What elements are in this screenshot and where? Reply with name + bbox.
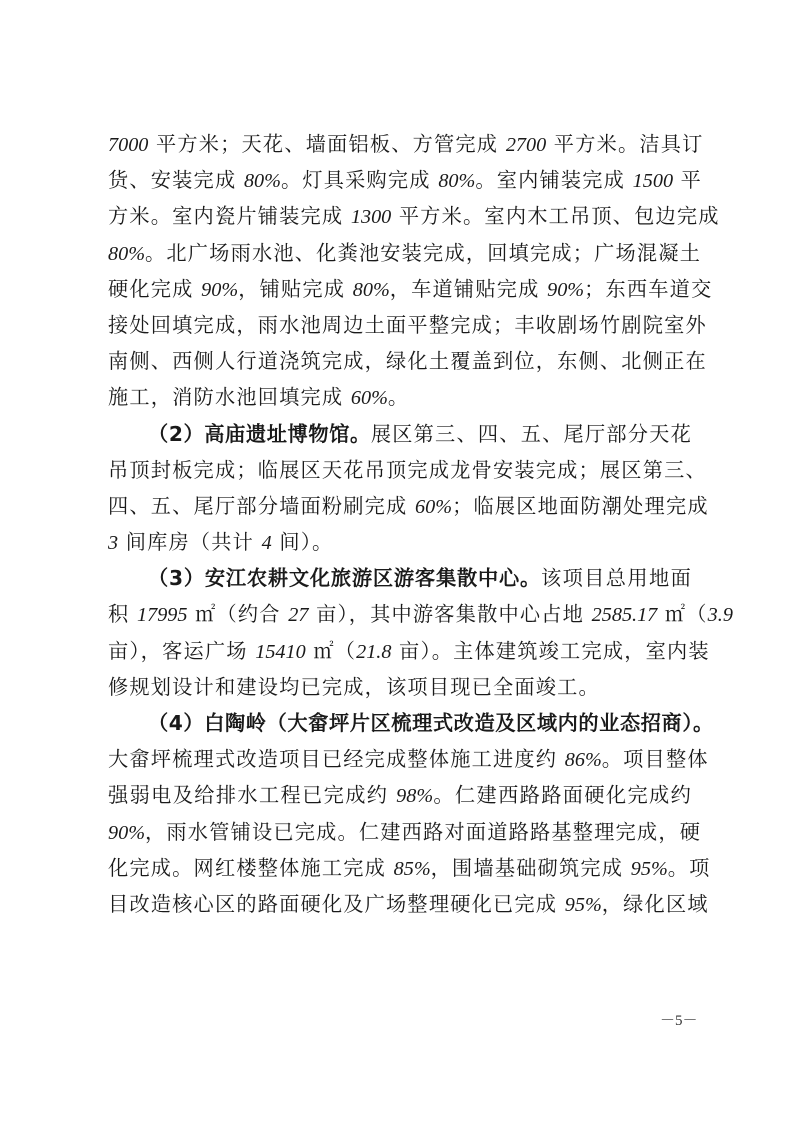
text-run: 施工，消防水池回填完成 [108, 385, 351, 409]
section-heading: （3）安江农耕文化旅游区游客集散中心。 [148, 566, 541, 590]
text-number: 90% [201, 279, 238, 301]
text-run: 吊顶封板完成；临展区天花吊顶完成龙骨安装完成；展区第三、 [108, 458, 707, 482]
text-number: 15410 [255, 641, 305, 663]
text-run: 方米。室内瓷片铺装完成 [108, 204, 351, 228]
text-run: 目改造核心区的路面硬化及广场整理硬化已完成 [108, 892, 565, 916]
text-run: 平 [673, 168, 702, 192]
text-number: 21.8 [356, 641, 391, 663]
text-line: （2）高庙遗址博物馆。展区第三、四、五、尾厅部分天花 [108, 416, 692, 452]
text-line: 吊顶封板完成；临展区天花吊顶完成龙骨安装完成；展区第三、 [108, 452, 692, 488]
text-number: 95% [631, 858, 668, 880]
text-number: 2585.17 [592, 604, 658, 626]
text-run: 货、安装完成 [108, 168, 244, 192]
text-run: 。 [388, 385, 409, 409]
text-line: （3）安江农耕文化旅游区游客集散中心。该项目总用地面 [108, 560, 692, 596]
text-run: 间库房（共计 [118, 530, 262, 554]
text-number: 7000 [108, 134, 148, 156]
text-line: 强弱电及给排水工程已完成约 98%。仁建西路路面硬化完成约 [108, 777, 692, 813]
text-run: ㎡（ [306, 639, 356, 663]
text-run: 平方米。洁具订 [546, 132, 703, 156]
text-run: ，雨水管铺设已完成。仁建西路对面道路路基整理完成，硬 [145, 820, 701, 844]
text-run: 。项目整体 [602, 747, 709, 771]
text-run: ，车道铺贴完成 [390, 277, 547, 301]
text-line: 3 间库房（共计 4 间）。 [108, 524, 692, 560]
text-run: 该项目总用地面 [541, 566, 692, 590]
text-line: 货、安装完成 80%。灯具采购完成 80%。室内铺装完成 1500 平 [108, 162, 692, 198]
text-number: 60% [351, 387, 388, 409]
text-run: 。北广场雨水池、化粪池安装完成，回填完成；广场混凝土 [145, 241, 701, 265]
section-heading: （2）高庙遗址博物馆。 [148, 422, 371, 446]
text-run: 四、五、尾厅部分墙面粉刷完成 [108, 494, 415, 518]
text-number: 86% [565, 749, 602, 771]
text-number: 2700 [506, 134, 546, 156]
text-line: 大畲坪梳理式改造项目已经完成整体施工进度约 86%。项目整体 [108, 741, 692, 777]
text-number: 80% [353, 279, 390, 301]
text-run: 化完成。网红楼整体施工完成 [108, 856, 394, 880]
text-number: 3.9 [708, 604, 733, 626]
text-number: 1500 [633, 170, 673, 192]
text-line: 目改造核心区的路面硬化及广场整理硬化已完成 95%，绿化区域 [108, 886, 692, 922]
text-run: 展区第三、四、五、尾厅部分天花 [371, 422, 692, 446]
text-run: 南侧、西侧人行道浇筑完成，绿化土覆盖到位，东侧、北侧正在 [108, 349, 707, 373]
text-line: 7000 平方米；天花、墙面铝板、方管完成 2700 平方米。洁具订 [108, 126, 692, 162]
text-number: 27 [288, 604, 308, 626]
text-run: 强弱电及给排水工程已完成约 [108, 783, 396, 807]
text-number: 60% [415, 496, 452, 518]
text-run: 。灯具采购完成 [281, 168, 438, 192]
section-heading: （4）白陶岭（大畲坪片区梳理式改造及区域内的业态招商）。 [148, 711, 714, 735]
text-number: 1300 [351, 206, 391, 228]
text-line: 接处回填完成，雨水池周边土面平整完成；丰收剧场竹剧院室外 [108, 307, 692, 343]
text-run: 硬化完成 [108, 277, 201, 301]
text-number: 80% [244, 170, 281, 192]
text-line: 80%。北广场雨水池、化粪池安装完成，回填完成；广场混凝土 [108, 235, 692, 271]
text-line: 化完成。网红楼整体施工完成 85%，围墙基础砌筑完成 95%。项 [108, 850, 692, 886]
text-number: 4 [262, 532, 272, 554]
text-run: 。仁建西路路面硬化完成约 [433, 783, 692, 807]
text-number: 95% [565, 894, 602, 916]
text-line: 修规划设计和建设均已完成，该项目现已全面竣工。 [108, 669, 692, 705]
text-run: 亩）。主体建筑竣工完成，室内装 [391, 639, 709, 663]
text-number: 80% [108, 243, 145, 265]
text-run: 修规划设计和建设均已完成，该项目现已全面竣工。 [108, 675, 600, 699]
text-run: ，围墙基础砌筑完成 [431, 856, 631, 880]
text-line: 硬化完成 90%，铺贴完成 80%，车道铺贴完成 90%；东西车道交 [108, 271, 692, 307]
text-run: 。室内铺装完成 [475, 168, 632, 192]
text-run: ㎡（约合 [187, 602, 288, 626]
text-run: 。项 [668, 856, 711, 880]
text-number: 90% [547, 279, 584, 301]
text-run: 积 [108, 602, 137, 626]
text-run: 大畲坪梳理式改造项目已经完成整体施工进度约 [108, 747, 565, 771]
text-number: 17995 [137, 604, 187, 626]
text-run: ，绿化区域 [602, 892, 709, 916]
text-number: 90% [108, 822, 145, 844]
text-run: 亩），客运广场 [108, 639, 255, 663]
text-run: 接处回填完成，雨水池周边土面平整完成；丰收剧场竹剧院室外 [108, 313, 707, 337]
text-line: 方米。室内瓷片铺装完成 1300 平方米。室内木工吊顶、包边完成 [108, 198, 692, 234]
document-page: 7000 平方米；天花、墙面铝板、方管完成 2700 平方米。洁具订 货、安装完… [108, 126, 692, 922]
text-number: 85% [394, 858, 431, 880]
text-line: 施工，消防水池回填完成 60%。 [108, 379, 692, 415]
text-line: 亩），客运广场 15410 ㎡（21.8 亩）。主体建筑竣工完成，室内装 [108, 633, 692, 669]
text-run: ，铺贴完成 [238, 277, 353, 301]
text-number: 3 [108, 532, 118, 554]
text-number: 80% [438, 170, 475, 192]
text-run: ；临展区地面防潮处理完成 [452, 494, 709, 518]
text-line: 南侧、西侧人行道浇筑完成，绿化土覆盖到位，东侧、北侧正在 [108, 343, 692, 379]
text-run: 亩），其中游客集散中心占地 [308, 602, 591, 626]
text-run: 平方米。室内木工吊顶、包边完成 [391, 204, 719, 228]
text-line: （4）白陶岭（大畲坪片区梳理式改造及区域内的业态招商）。 [108, 705, 692, 741]
text-line: 积 17995 ㎡（约合 27 亩），其中游客集散中心占地 2585.17 ㎡（… [108, 596, 692, 632]
text-run: 间）。 [272, 530, 334, 554]
text-line: 90%，雨水管铺设已完成。仁建西路对面道路路基整理完成，硬 [108, 814, 692, 850]
text-line: 四、五、尾厅部分墙面粉刷完成 60%；临展区地面防潮处理完成 [108, 488, 692, 524]
text-run: ；东西车道交 [584, 277, 712, 301]
page-number: －5－ [660, 1009, 698, 1030]
text-run: ㎡（ [657, 602, 707, 626]
text-run: 平方米；天花、墙面铝板、方管完成 [148, 132, 505, 156]
text-number: 98% [396, 785, 433, 807]
